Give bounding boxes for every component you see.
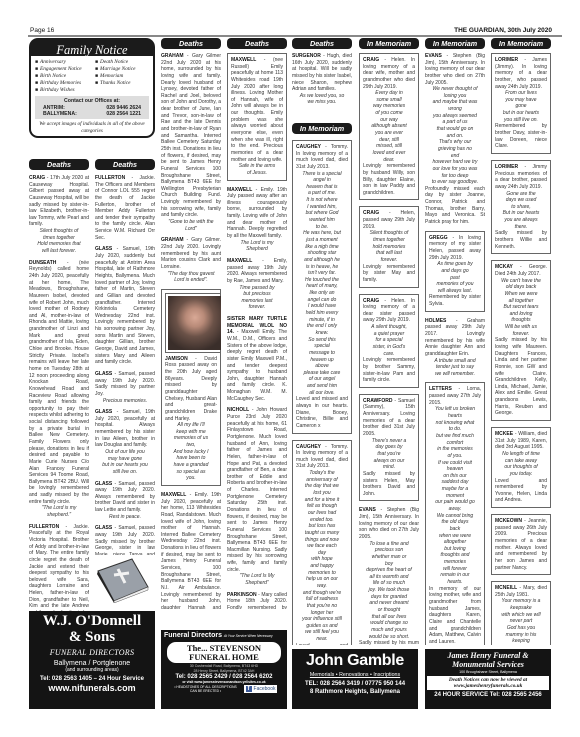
boxed-notice: MCKAY - George. Died 24th July 2017. We …	[491, 260, 551, 421]
contact-title: Contact our Offices at:	[43, 98, 141, 104]
office-phone: 028 2564 1221	[106, 111, 141, 117]
page-number: Page 16	[30, 27, 54, 34]
notice: PARKINSON - Mary called Home 18th July 2…	[227, 592, 287, 609]
category-item: Anniversary	[35, 59, 95, 65]
boxed-notice: CRAWFORD - Samuel (Sammy), 15th Annivers…	[359, 394, 419, 502]
deaths-header: Deaths	[161, 38, 221, 49]
memoriam-header: In Memoriam	[292, 123, 352, 134]
notice: EVANS - Stephen (Big Jim), 15th Annivers…	[359, 507, 419, 645]
family-notice-categories: Family Notice Categories Anniversary Dea…	[29, 38, 155, 138]
notice: GLASS - Samuel, 19th July 2020, suddenly…	[95, 246, 155, 366]
notices-column-1: CRAIG - 17th July 2020 at Causeway Hospi…	[29, 175, 89, 611]
notices-column-6: CRAIG - Helen. In loving memory of a dea…	[359, 53, 419, 645]
notice: MAXWELL - Emily. 19th July 2020, peacefu…	[161, 492, 221, 609]
deaths-header: Deaths	[292, 38, 352, 49]
notice: HOLMES - Graham passed away 29th July 20…	[425, 318, 485, 378]
deaths-header: Deaths	[95, 159, 155, 170]
notice: GLASS - Samuel, passed away 19th July 20…	[95, 371, 155, 404]
deaths-header: Deaths	[227, 38, 287, 49]
page-header: Page 16 THE GUARDIAN, 30th July 2020	[28, 27, 552, 35]
portrait-photo	[165, 293, 221, 353]
notice: DUNSEATH - (née Reynolds) called home 24…	[29, 260, 89, 519]
photo-notice: JAMISON - David Ross passed away on the …	[161, 289, 221, 486]
odonnell-funeral-ad: W.J. O'Donnell & Sons FUNERAL DIRECTORS …	[29, 611, 155, 709]
contact-offices: Contact our Offices at: ANTRIM:028 9446 …	[35, 96, 149, 119]
boxed-notice: MCKEOWN - Jeannie, passed away 26th July…	[491, 514, 551, 575]
notice: SISTER MARY TURTLE MEMORIAL WLOL NO 14. …	[227, 316, 287, 402]
boxed-notice: MAXWELL - (nee Russell) Emily peacefully…	[227, 53, 287, 181]
category-item: Memoriam	[95, 73, 155, 79]
phone-number: TEL: 028 2564 3419 / 07775 950 144	[292, 681, 418, 687]
boxed-notice: LETTERS - Lorna, passed away 27th July 2…	[425, 382, 485, 645]
boxed-notice: GREGG - In loving memory of my sister He…	[425, 231, 485, 312]
paper-date: THE GUARDIAN, 30th July 2020	[454, 27, 552, 34]
boxed-notice: CAUGHEY - Tommy. In loving memory of a m…	[292, 440, 352, 645]
memoriam-header: In Memoriam	[491, 38, 551, 49]
category-item: Birth Notice	[35, 73, 95, 79]
phone-number: Tel: 028 2563 1405 – 24 Hour Service	[29, 676, 155, 682]
notices-column-5-deaths: SURGENOR - Hugh, died 16th July 2020, su…	[292, 53, 352, 121]
notice: MAXWELL - Emily, passed away 19th July 2…	[227, 258, 287, 311]
bible-icon	[92, 557, 150, 603]
notice: GRAHAM - Gary Gilmer 22nd July 2020 at h…	[161, 53, 221, 232]
notice: MAXWELL - Emily. 19th July passed away a…	[227, 187, 287, 253]
phone-number: 24 HOUR SERVICE Tel: 028 2565 2456	[425, 692, 551, 698]
notice: SURGENOR - Hugh, died 16th July 2020, su…	[292, 53, 352, 106]
notices-column-3: GRAHAM - Gary Gilmer 22nd July 2020 at h…	[161, 53, 221, 609]
category-list: Anniversary Death Notice Engagement Noti…	[35, 59, 149, 93]
notice: EVANS - Stephen (Big Jim), 15th Annivers…	[425, 53, 485, 226]
notices-column-2: FULLERTON - Jackie. The Officers and Mem…	[95, 175, 155, 555]
notices-column-4: MAXWELL - (nee Russell) Emily peacefully…	[227, 53, 287, 609]
notices-column-7: EVANS - Stephen (Big Jim), 15th Annivers…	[425, 53, 485, 645]
notices-column-8: LORIMER - James (Jimmy). In loving memor…	[491, 53, 551, 645]
office-name: BALLYMENA:	[43, 111, 77, 117]
facebook-badge[interactable]: fFacebook	[244, 685, 278, 693]
category-item: Birthday Memories	[35, 80, 95, 86]
category-item: Thanks Notice	[95, 80, 155, 86]
memoriam-header: In Memoriam	[359, 38, 419, 49]
notice: GRAHAM - Gary Gilmer. 22nd July 2020. Lo…	[161, 237, 221, 283]
boxed-notice: MCKEE - William, died 31st July 1989, Ka…	[491, 427, 551, 508]
notice: CRAIG - 17th July 2020 at Causeway Hospi…	[29, 175, 89, 255]
website-link[interactable]: www.nifunerals.com	[29, 683, 155, 693]
boxed-notice: LORIMER - Jimmy Precious memories of a d…	[491, 160, 551, 254]
memoriam-header: In Memoriam	[425, 38, 485, 49]
john-gamble-ad: John Gamble Memorials • Renovations • In…	[292, 649, 418, 709]
website-link[interactable]: www.jameshenryfunerals.co.uk	[428, 683, 548, 689]
boxed-notice: CAUGHEY - Tommy. In loving memory of a m…	[292, 140, 352, 434]
boxed-notice: LORIMER - James (Jimmy). In loving memor…	[491, 53, 551, 154]
website-link[interactable]: or visit www.jamesstevensonandson.yellsi…	[161, 680, 287, 684]
james-henry-ad: James Henry Funeral & Monumental Service…	[425, 649, 551, 709]
boxed-notice: CRAIG - Helen, passed away 29th July 201…	[359, 206, 419, 287]
notice: GLASS - Samuel, passed away 19th July 20…	[95, 525, 155, 555]
notice: GLASS - Samuel, 19th July 2020, peaceful…	[95, 409, 155, 475]
notices-column-5-memoriam: CAUGHEY - Tommy. In loving memory of a m…	[292, 140, 352, 645]
notice: FULLERTON - Jackie. Peacefully at the Ro…	[29, 524, 89, 611]
category-item: Marriage Notice	[95, 66, 155, 72]
boxed-notice: CRAIG - Helen. In loving memory of a dea…	[359, 294, 419, 388]
notice: NICHOLL - John Howard Purce 23rd July 20…	[227, 407, 287, 586]
facebook-icon: f	[246, 686, 252, 692]
category-item: Birthday Wishes	[35, 87, 95, 93]
boxed-notice: MCNEILL - Mary, died 25th July 1981. You…	[491, 581, 551, 645]
category-item: Engagement Notice	[35, 66, 95, 72]
deaths-header: Deaths	[29, 159, 89, 170]
notice: FULLERTON - Jackie. The Officers and Mem…	[95, 175, 155, 241]
accept-note: We accept images of individuals in all o…	[35, 121, 149, 134]
category-item: Death Notice	[95, 59, 155, 65]
header-rule	[28, 35, 562, 37]
boxed-notice: CRAIG - Helen. In loving memory of a dea…	[359, 53, 419, 200]
funeral-home-name: The... STEVENSONFUNERAL HOME	[167, 642, 281, 663]
stevenson-funeral-ad: Funeral Directors At Your Service When N…	[161, 630, 287, 709]
notice: GLASS - Samuel, passed away 19th July 20…	[95, 481, 155, 521]
